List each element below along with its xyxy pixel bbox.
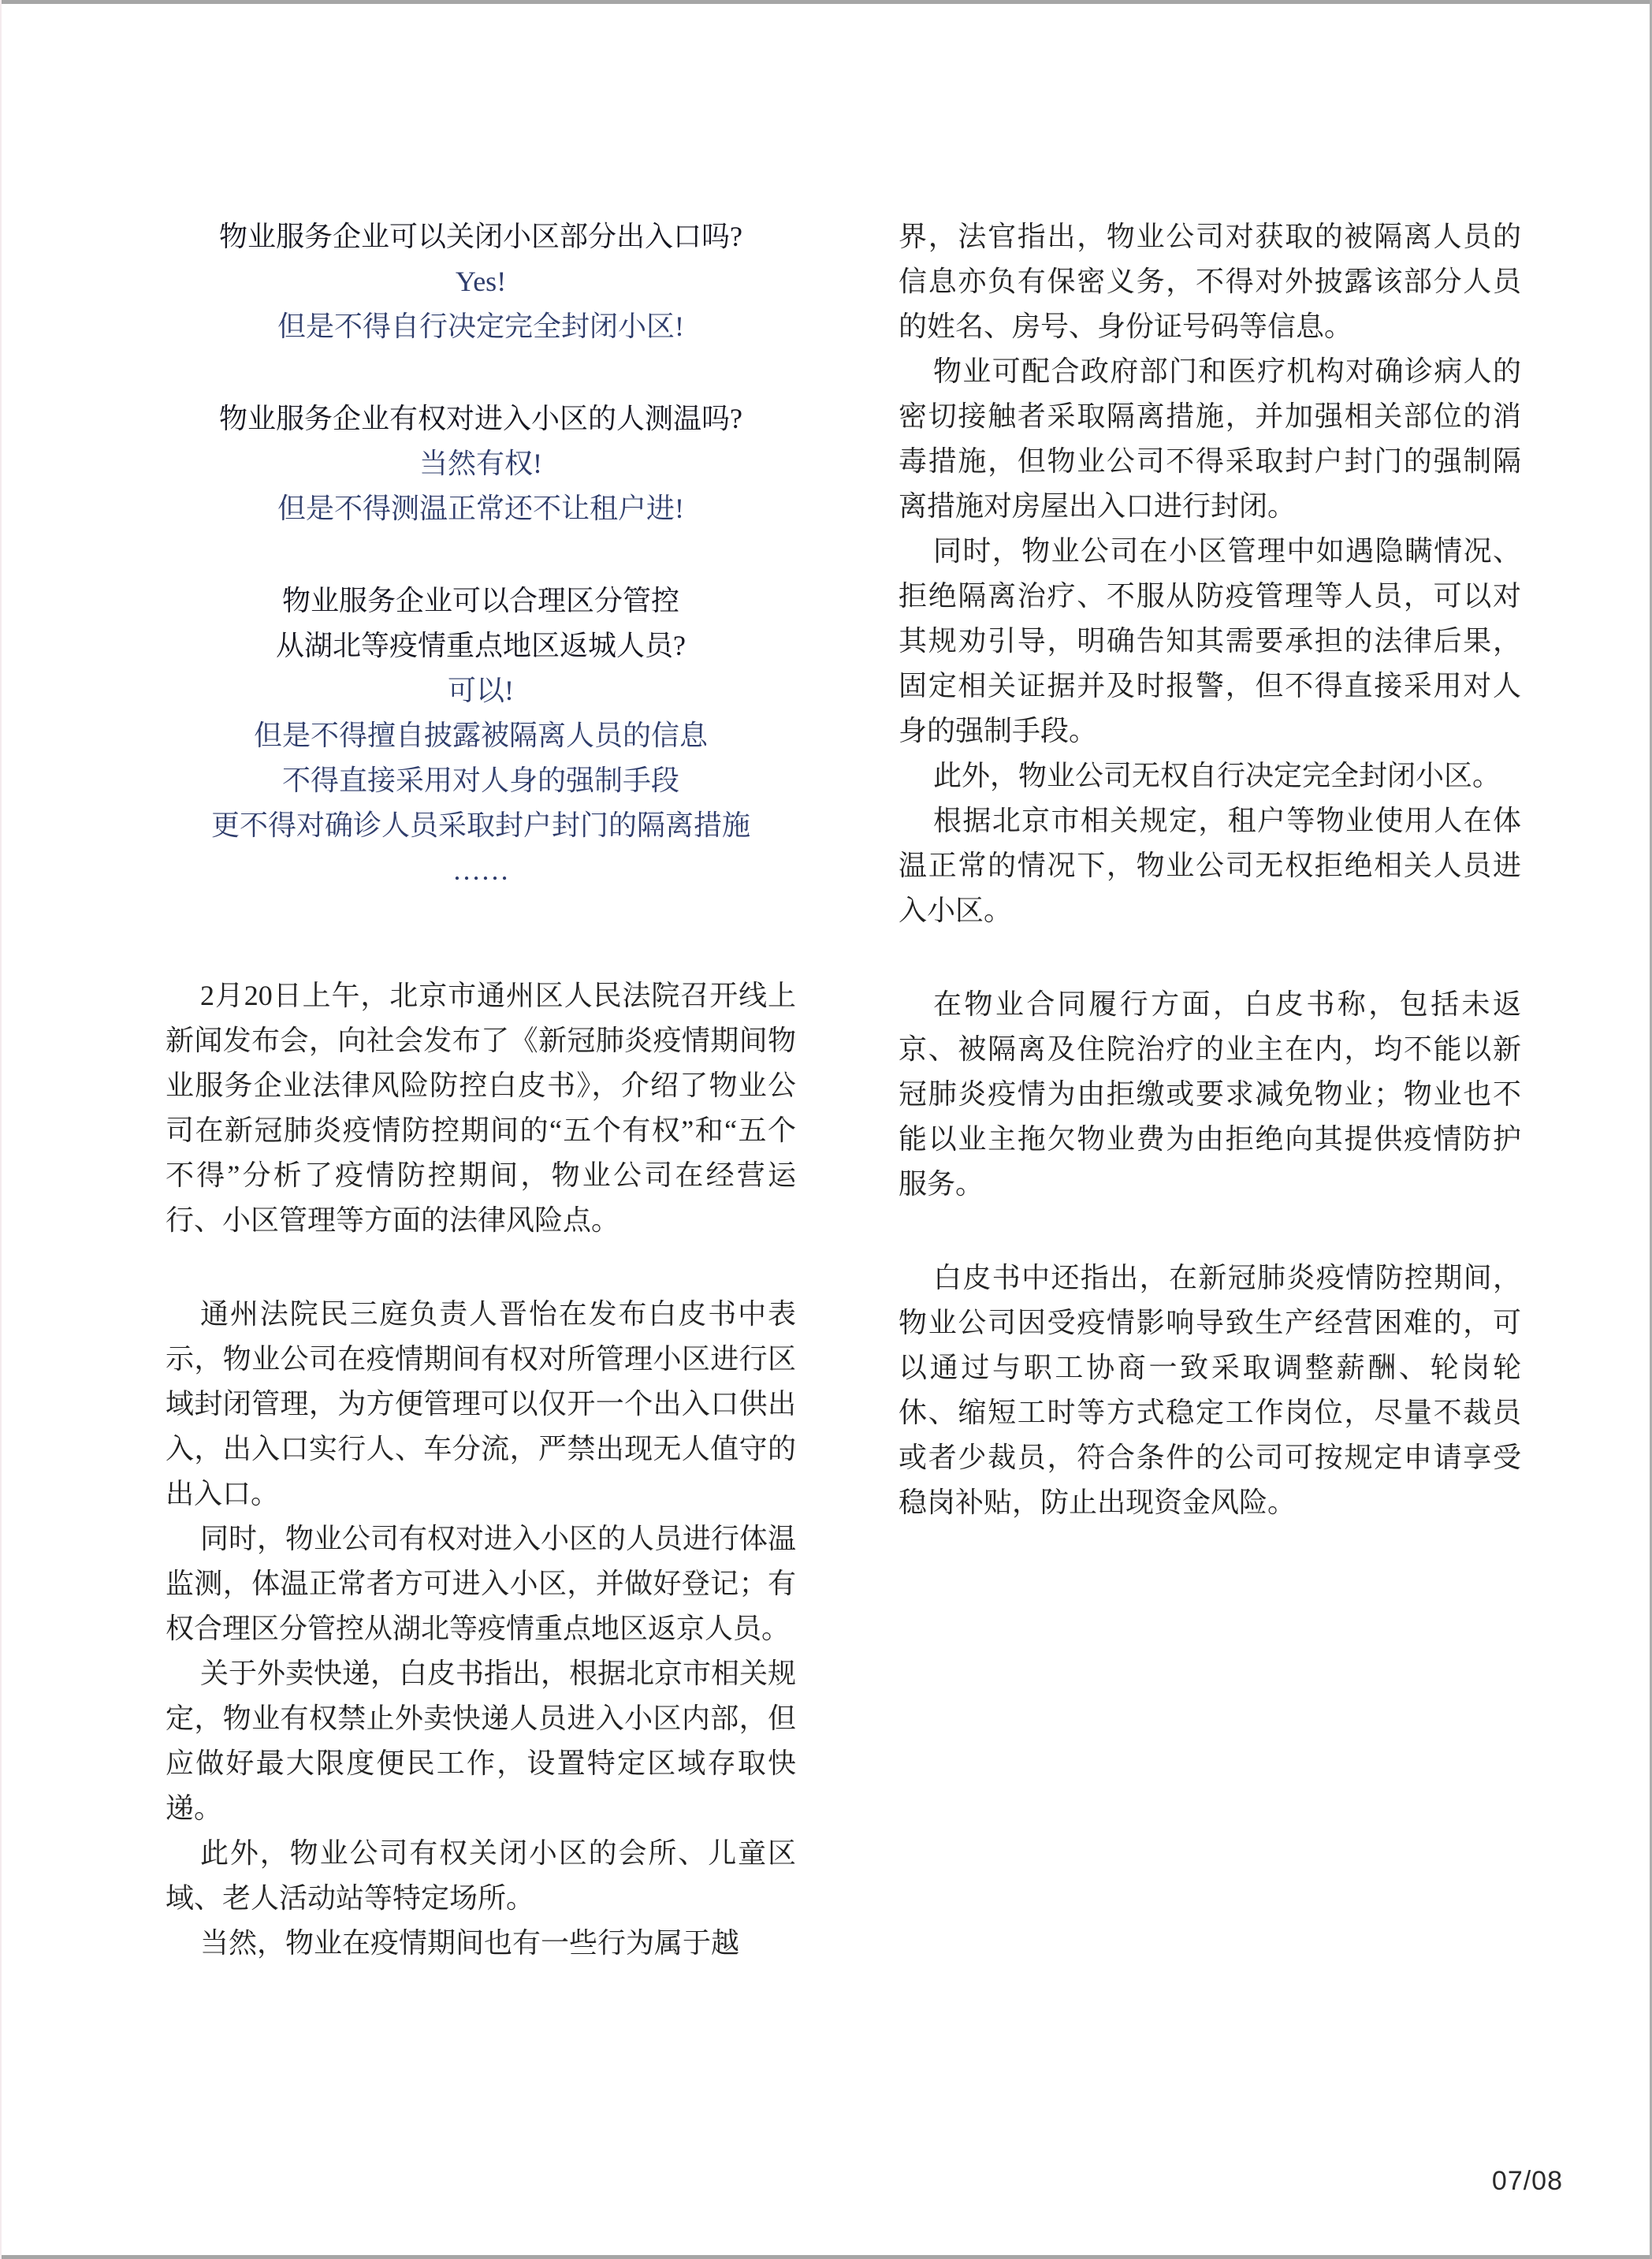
body-paragraph: 白皮书中还指出，在新冠肺炎疫情防控期间，物业公司因受疫情影响导致生产经营困难的，… <box>899 1256 1521 1525</box>
qa-answer-line: 但是不得擅自披露被隔离人员的信息 <box>166 713 796 758</box>
qa-question-line: 物业服务企业可以合理区分管控 <box>166 579 796 623</box>
qa-block: 物业服务企业有权对进入小区的人测温吗?当然有权!但是不得测温正常还不让租户进! <box>166 396 796 531</box>
qa-answer-line: 不得直接采用对人身的强制手段 <box>166 758 796 803</box>
body-paragraph: 同时，物业公司在小区管理中如遇隐瞒情况、拒绝隔离治疗、不服从防疫管理等人员，可以… <box>899 529 1521 754</box>
body-paragraph: 界，法官指出，物业公司对获取的被隔离人员的信息亦负有保密义务，不得对外披露该部分… <box>899 214 1521 349</box>
qa-question-line: 物业服务企业有权对进入小区的人测温吗? <box>166 396 796 441</box>
qa-answer-line: 但是不得测温正常还不让租户进! <box>166 486 796 531</box>
page-border-top <box>0 0 1652 4</box>
left-column: 物业服务企业可以关闭小区部分出入口吗?Yes!但是不得自行决定完全封闭小区!物业… <box>166 214 796 1966</box>
body-paragraph: 关于外卖快递，白皮书指出，根据北京市相关规定，物业有权禁止外卖快递人员进入小区内… <box>166 1651 796 1831</box>
qa-answer-line: …… <box>166 848 796 893</box>
body-paragraph: 在物业合同履行方面，白皮书称，包括未返京、被隔离及住院治疗的业主在内，均不能以新… <box>899 982 1521 1207</box>
left-column-paragraphs: 2月20日上午，北京市通州区人民法院召开线上新闻发布会，向社会发布了《新冠肺炎疫… <box>166 973 796 1966</box>
qa-block: 物业服务企业可以合理区分管控从湖北等疫情重点地区返城人员?可以!但是不得擅自披露… <box>166 579 796 893</box>
body-paragraph: 2月20日上午，北京市通州区人民法院召开线上新闻发布会，向社会发布了《新冠肺炎疫… <box>166 973 796 1243</box>
body-paragraph: 通州法院民三庭负责人晋怡在发布白皮书中表示，物业公司在疫情期间有权对所管理小区进… <box>166 1292 796 1517</box>
qa-answer-line: 当然有权! <box>166 441 796 486</box>
body-paragraph: 物业可配合政府部门和医疗机构对确诊病人的密切接触者采取隔离措施，并加强相关部位的… <box>899 349 1521 529</box>
body-paragraph: 此外，物业公司有权关闭小区的会所、儿童区域、老人活动站等特定场所。 <box>166 1831 796 1921</box>
body-paragraph: 当然，物业在疫情期间也有一些行为属于越 <box>166 1921 796 1966</box>
qa-answer-line: Yes! <box>166 259 796 304</box>
body-paragraph: 根据北京市相关规定，租户等物业使用人在体温正常的情况下，物业公司无权拒绝相关人员… <box>899 798 1521 933</box>
qa-question-line: 从湖北等疫情重点地区返城人员? <box>166 623 796 668</box>
right-column-paragraphs: 界，法官指出，物业公司对获取的被隔离人员的信息亦负有保密义务，不得对外披露该部分… <box>899 214 1521 1525</box>
qa-section: 物业服务企业可以关闭小区部分出入口吗?Yes!但是不得自行决定完全封闭小区!物业… <box>166 214 796 893</box>
right-column: 界，法官指出，物业公司对获取的被隔离人员的信息亦负有保密义务，不得对外披露该部分… <box>899 214 1521 1525</box>
qa-answer-line: 可以! <box>166 668 796 713</box>
document-page: 物业服务企业可以关闭小区部分出入口吗?Yes!但是不得自行决定完全封闭小区!物业… <box>0 0 1652 2259</box>
body-paragraph: 同时，物业公司有权对进入小区的人员进行体温监测，体温正常者方可进入小区，并做好登… <box>166 1517 796 1651</box>
qa-answer-line: 但是不得自行决定完全封闭小区! <box>166 304 796 349</box>
qa-answer-line: 更不得对确诊人员采取封户封门的隔离措施 <box>166 803 796 848</box>
page-number: 07/08 <box>1492 2166 1563 2197</box>
page-border-bottom <box>0 2255 1652 2259</box>
page-border-left <box>0 0 2 2259</box>
qa-question-line: 物业服务企业可以关闭小区部分出入口吗? <box>166 214 796 259</box>
qa-block: 物业服务企业可以关闭小区部分出入口吗?Yes!但是不得自行决定完全封闭小区! <box>166 214 796 349</box>
body-paragraph: 此外，物业公司无权自行决定完全封闭小区。 <box>899 754 1521 798</box>
